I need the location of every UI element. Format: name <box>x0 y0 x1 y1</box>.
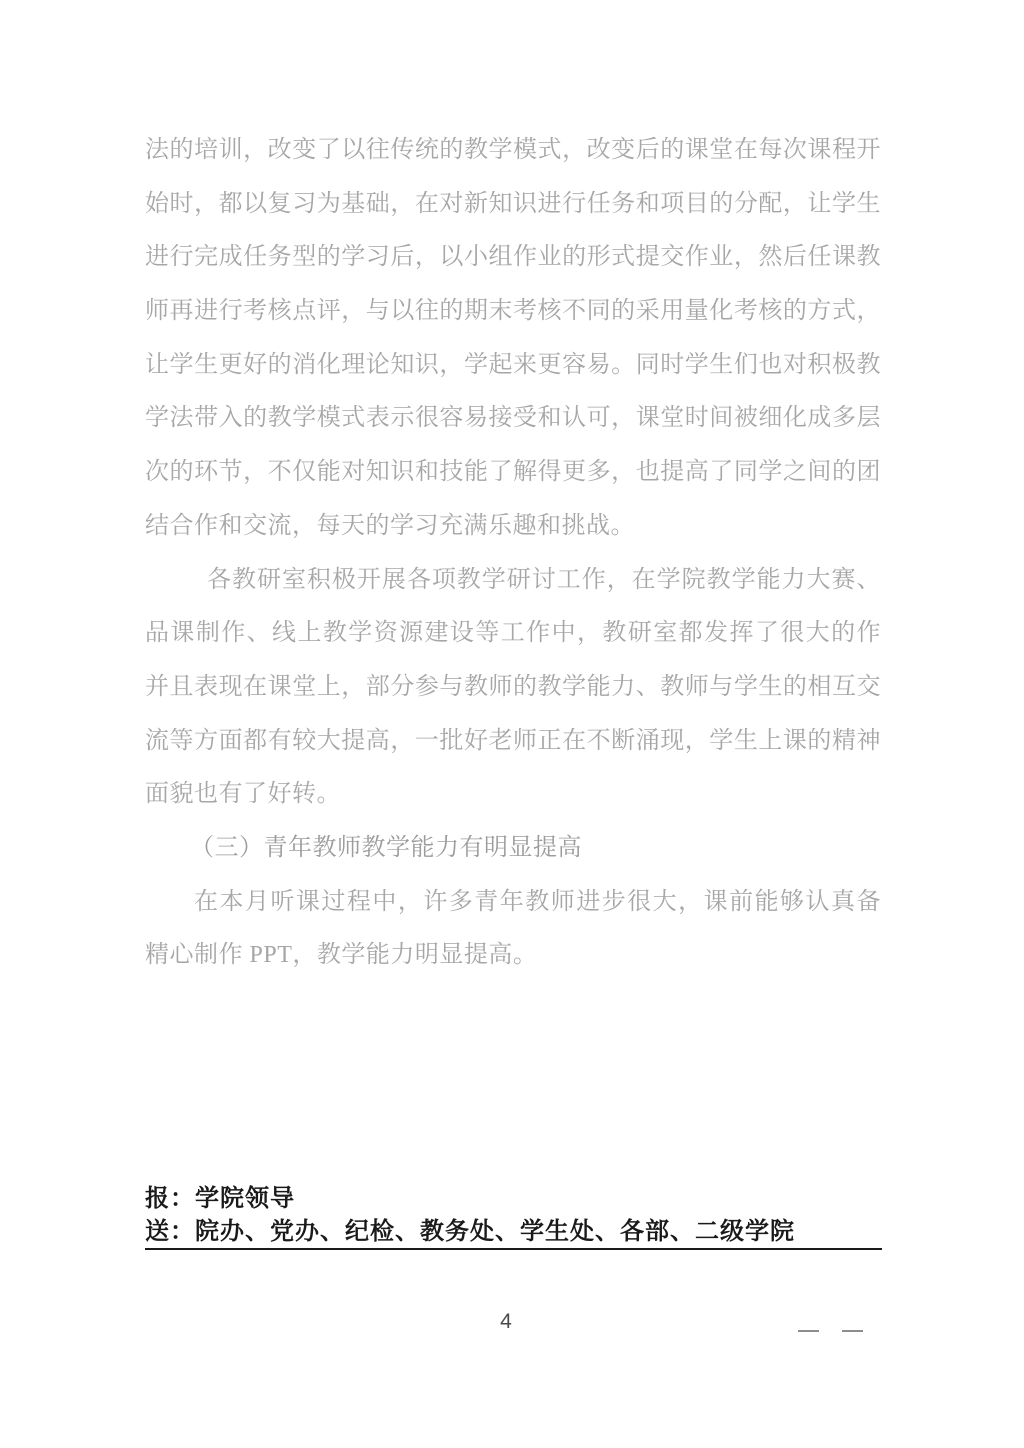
paragraph2-line: 流等方面都有较大提高，一批好老师正在不断涌现，学生上课的精神 <box>145 715 881 769</box>
paragraph3-line: 精心制作 PPT，教学能力明显提高。 <box>145 929 881 983</box>
paragraph1-line: 让学生更好的消化理论知识，学起来更容易。同时学生们也对积极教 <box>145 339 881 393</box>
section-heading: （三）青年教师教学能力有明显提高 <box>145 822 881 876</box>
footer-dash-icon <box>798 1330 819 1332</box>
paragraph2-line: 各教研室积极开展各项教学研讨工作，在学院教学能力大赛、精 <box>145 554 881 608</box>
paragraph1-line: 法的培训，改变了以往传统的教学模式，改变后的课堂在每次课程开 <box>145 124 881 178</box>
paragraph1-line: 结合作和交流，每天的学习充满乐趣和挑战。 <box>145 500 881 554</box>
paragraph1-line: 学法带入的教学模式表示很容易接受和认可，课堂时间被细化成多层 <box>145 392 881 446</box>
footer-send-line: 送：院办、党办、纪检、教务处、学生处、各部、二级学院 <box>145 1218 882 1250</box>
document-page: 法的培训，改变了以往传统的教学模式，改变后的课堂在每次课程开 始时，都以复习为基… <box>0 0 1024 1448</box>
paragraph2-line: 品课制作、线上教学资源建设等工作中，教研室都发挥了很大的作用， <box>145 607 881 661</box>
document-body: 法的培训，改变了以往传统的教学模式，改变后的课堂在每次课程开 始时，都以复习为基… <box>145 124 881 983</box>
paragraph1-line: 次的环节，不仅能对知识和技能了解得更多，也提高了同学之间的团 <box>145 446 881 500</box>
paragraph2-line: 并且表现在课堂上，部分参与教师的教学能力、教师与学生的相互交 <box>145 661 881 715</box>
footer-dash-icon <box>842 1330 863 1332</box>
paragraph1-line: 始时，都以复习为基础，在对新知识进行任务和项目的分配，让学生 <box>145 178 881 232</box>
paragraph2-line: 面貌也有了好转。 <box>145 768 881 822</box>
paragraph1-line: 师再进行考核点评，与以往的期末考核不同的采用量化考核的方式， <box>145 285 881 339</box>
paragraph1-line: 进行完成任务型的学习后，以小组作业的形式提交作业，然后任课教 <box>145 231 881 285</box>
paragraph3-line: 在本月听课过程中，许多青年教师进步很大，课前能够认真备课， <box>145 876 881 930</box>
footer-report-line: 报：学院领导 <box>145 1184 882 1214</box>
